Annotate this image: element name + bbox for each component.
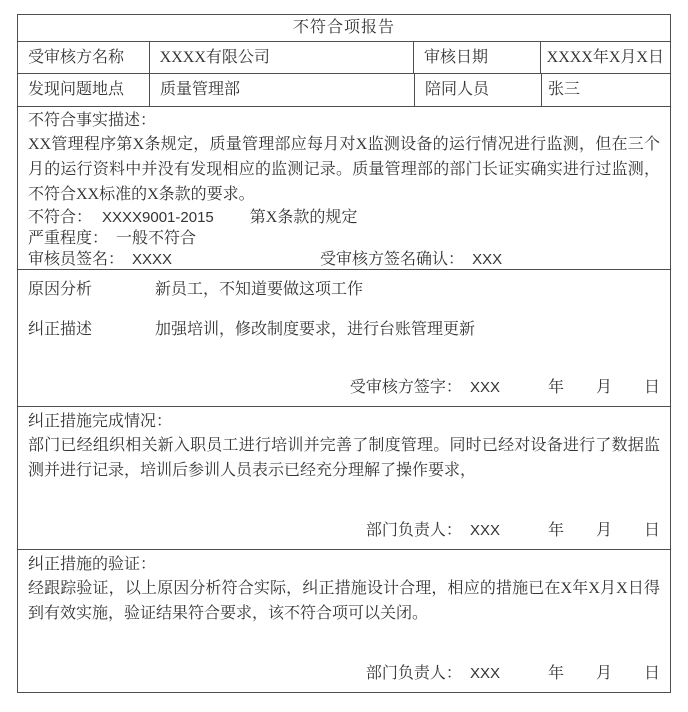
date-year-label: 年 xyxy=(548,376,564,400)
date-day-label: 日 xyxy=(644,662,660,686)
verification-body: 经跟踪验证，以上原因分析符合实际，纠正措施设计合理，相应的措施已在X年X月X日得… xyxy=(28,576,660,626)
verification-heading: 纠正措施的验证： xyxy=(28,553,660,576)
severity-value: 一般不符合 xyxy=(116,230,196,247)
date-year-label: 年 xyxy=(548,662,564,686)
correction-description-value: 加强培训，修改制度要求，进行台账管理更新 xyxy=(155,317,475,343)
auditee-signature-line: 受审核方签字：XXX 年 月 日 xyxy=(28,376,660,400)
fact-heading: 不符合事实描述： xyxy=(28,109,660,132)
severity-line: 严重程度：一般不符合 xyxy=(28,228,660,249)
corrective-action-verification-section: 纠正措施的验证： 经跟踪验证，以上原因分析符合实际，纠正措施设计合理，相应的措施… xyxy=(18,549,670,692)
department-head-label-1: 部门负责人： xyxy=(366,519,462,543)
date-month-label: 月 xyxy=(596,662,612,686)
nonconformity-label: 不符合： xyxy=(28,209,92,226)
nonconformity-clause: 第X条款的规定 xyxy=(250,209,358,226)
nonconformity-line: 不符合：XXXX9001-2015第X条款的规定 xyxy=(28,207,660,228)
auditee-confirm-value: XXX xyxy=(472,251,502,268)
auditee-confirm-label: 受审核方签名确认： xyxy=(320,251,464,268)
corrective-action-completion-section: 纠正措施完成情况： 部门已经组织相关新入职员工进行培训并完善了制度管理。同时已经… xyxy=(18,406,670,549)
fact-description-section: 不符合事实描述： XX管理程序第X条规定，质量管理部应每月对X监测设备的运行情况… xyxy=(18,106,670,269)
report-title: 不符合项报告 xyxy=(18,15,670,41)
info-row-location: 发现问题地点 质量管理部 陪同人员 张三 xyxy=(18,73,670,106)
date-month-label: 月 xyxy=(596,376,612,400)
audit-date-label: 审核日期 xyxy=(413,42,540,73)
auditor-signature-line: 审核员签名：XXXX受审核方签名确认：XXX xyxy=(28,249,660,270)
completion-body: 部门已经组织相关新入职员工进行培训并完善了制度管理。同时已经对设备进行了数据监测… xyxy=(28,433,660,483)
accompanying-person-label: 陪同人员 xyxy=(414,74,541,106)
info-row-auditee: 受审核方名称 XXXX有限公司 审核日期 XXXX年X月X日 xyxy=(18,41,670,73)
problem-location-label: 发现问题地点 xyxy=(18,74,149,106)
fact-body: XX管理程序第X条规定，质量管理部应每月对X监测设备的运行情况进行监测，但在三个… xyxy=(28,132,660,207)
date-year-label: 年 xyxy=(548,519,564,543)
auditee-signature-label: 受审核方签字： xyxy=(350,376,462,400)
department-head-label-2: 部门负责人： xyxy=(366,662,462,686)
auditor-signature-label: 审核员签名： xyxy=(28,251,124,268)
nonconformance-report-form: 不符合项报告 受审核方名称 XXXX有限公司 审核日期 XXXX年X月X日 发现… xyxy=(17,14,671,693)
date-month-label: 月 xyxy=(596,519,612,543)
correction-description-row: 纠正描述加强培训，修改制度要求，进行台账管理更新 xyxy=(28,317,660,343)
auditor-signature-value: XXXX xyxy=(132,251,172,268)
cause-analysis-row: 原因分析新员工，不知道要做这项工作 xyxy=(28,277,660,303)
audit-date-value: XXXX年X月X日 xyxy=(540,42,670,73)
cause-analysis-section: 原因分析新员工，不知道要做这项工作 纠正描述加强培训，修改制度要求，进行台账管理… xyxy=(18,269,670,406)
department-head-signature-line-1: 部门负责人：XXX 年 月 日 xyxy=(28,519,660,543)
cause-analysis-value: 新员工，不知道要做这项工作 xyxy=(155,277,363,303)
completion-heading: 纠正措施完成情况： xyxy=(28,410,660,433)
problem-location-value: 质量管理部 xyxy=(149,74,414,106)
auditee-name-label: 受审核方名称 xyxy=(18,42,149,73)
cause-analysis-label: 原因分析 xyxy=(28,277,155,303)
severity-label: 严重程度： xyxy=(28,230,108,247)
department-head-value-1: XXX xyxy=(470,519,500,543)
date-day-label: 日 xyxy=(644,519,660,543)
accompanying-person-value: 张三 xyxy=(541,74,670,106)
nonconformity-standard-code: XXXX9001-2015 xyxy=(102,209,214,226)
date-day-label: 日 xyxy=(644,376,660,400)
department-head-value-2: XXX xyxy=(470,662,500,686)
correction-description-label: 纠正描述 xyxy=(28,317,155,343)
auditee-name-value: XXXX有限公司 xyxy=(149,42,413,73)
department-head-signature-line-2: 部门负责人：XXX 年 月 日 xyxy=(28,662,660,686)
auditee-signature-value: XXX xyxy=(470,376,500,400)
